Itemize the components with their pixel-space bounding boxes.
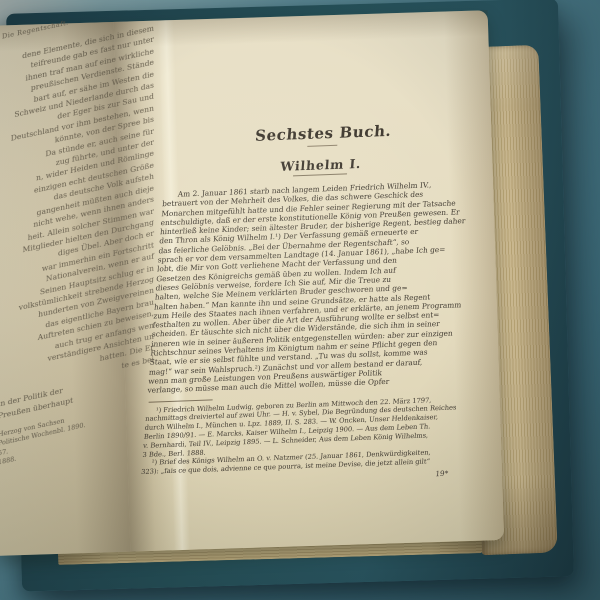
book-photo: Die Regentschaft. dene Elemente, die sic… bbox=[0, 0, 600, 600]
footnote-rule bbox=[149, 399, 213, 402]
heading-rule bbox=[307, 145, 337, 147]
body-text: Am 2. Januar 1861 starb nach langem Leid… bbox=[147, 179, 475, 396]
left-page: Die Regentschaft. dene Elemente, die sic… bbox=[0, 0, 154, 468]
right-page: Sechstes Buch. Wilhelm I. Am 2. Januar 1… bbox=[140, 119, 480, 489]
left-page-body: dene Elemente, die sich in diesemteifreu… bbox=[0, 22, 154, 398]
chapter-heading-rule bbox=[293, 173, 347, 176]
